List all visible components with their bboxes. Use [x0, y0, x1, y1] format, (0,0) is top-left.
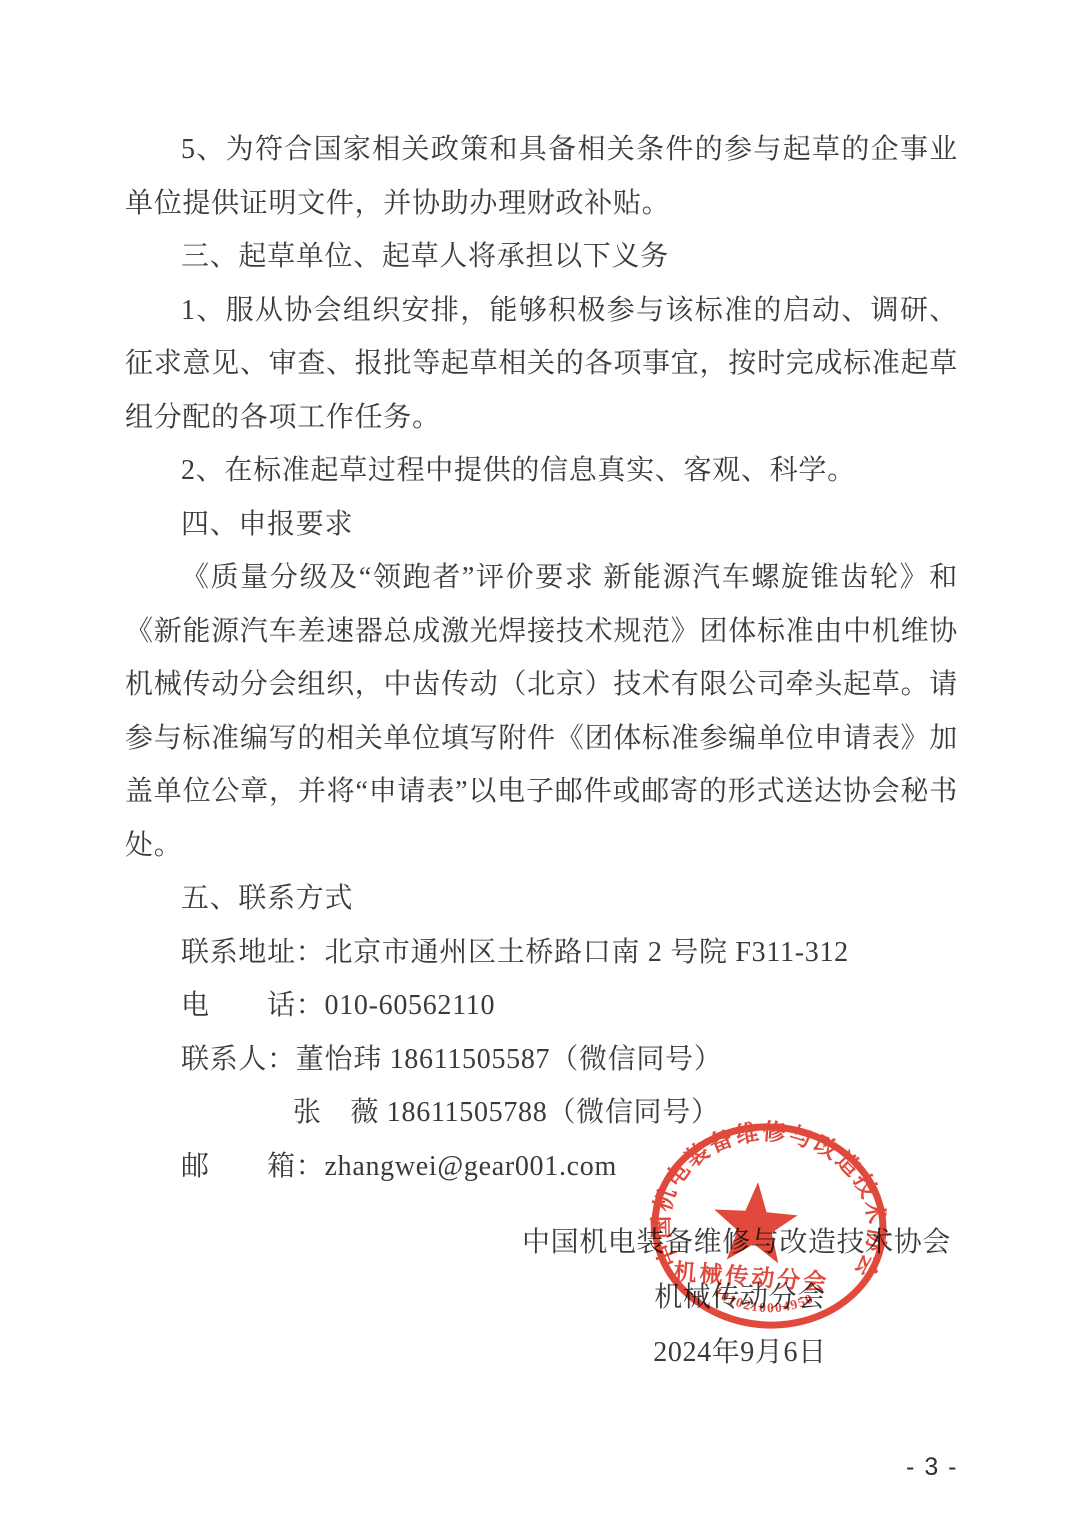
- signature-date: 2024年9月6日: [522, 1325, 958, 1380]
- paragraph: 1、服从协会组织安排，能够积极参与该标准的启动、调研、征求意见、审查、报批等起草…: [125, 284, 958, 445]
- signature-org-name: 中国机电装备维修与改造技术协会: [522, 1215, 958, 1270]
- contact-person-line: 张 薇 18611505788（微信同号）: [125, 1086, 958, 1140]
- signature-branch-name: 机械传动分会: [522, 1270, 958, 1325]
- contact-address-line: 联系地址：北京市通州区土桥路口南 2 号院 F311-312: [125, 926, 958, 980]
- page-number: - 3 -: [125, 1452, 958, 1482]
- signature-block: 中国机电装备维修与改造技术协会 机械传动分会 2024年9月6日: [522, 1215, 958, 1380]
- contact-phone-line: 电 话：010-60562110: [125, 979, 958, 1033]
- section-heading-5: 五、联系方式: [125, 872, 958, 926]
- paragraph: 5、为符合国家相关政策和具备相关条件的参与起草的企事业单位提供证明文件，并协助办…: [125, 123, 958, 230]
- contact-email-line: 邮 箱：zhangwei@gear001.com: [125, 1140, 958, 1194]
- section-heading-4: 四、申报要求: [125, 498, 958, 552]
- document-page: 5、为符合国家相关政策和具备相关条件的参与起草的企事业单位提供证明文件，并协助办…: [0, 0, 1080, 1527]
- contact-person-line: 联系人：董怡玮 18611505587（微信同号）: [125, 1033, 958, 1087]
- paragraph: 《质量分级及“领跑者”评价要求 新能源汽车螺旋锥齿轮》和《新能源汽车差速器总成激…: [125, 551, 958, 872]
- section-heading-3: 三、起草单位、起草人将承担以下义务: [125, 230, 958, 284]
- paragraph: 2、在标准起草过程中提供的信息真实、客观、科学。: [125, 444, 958, 498]
